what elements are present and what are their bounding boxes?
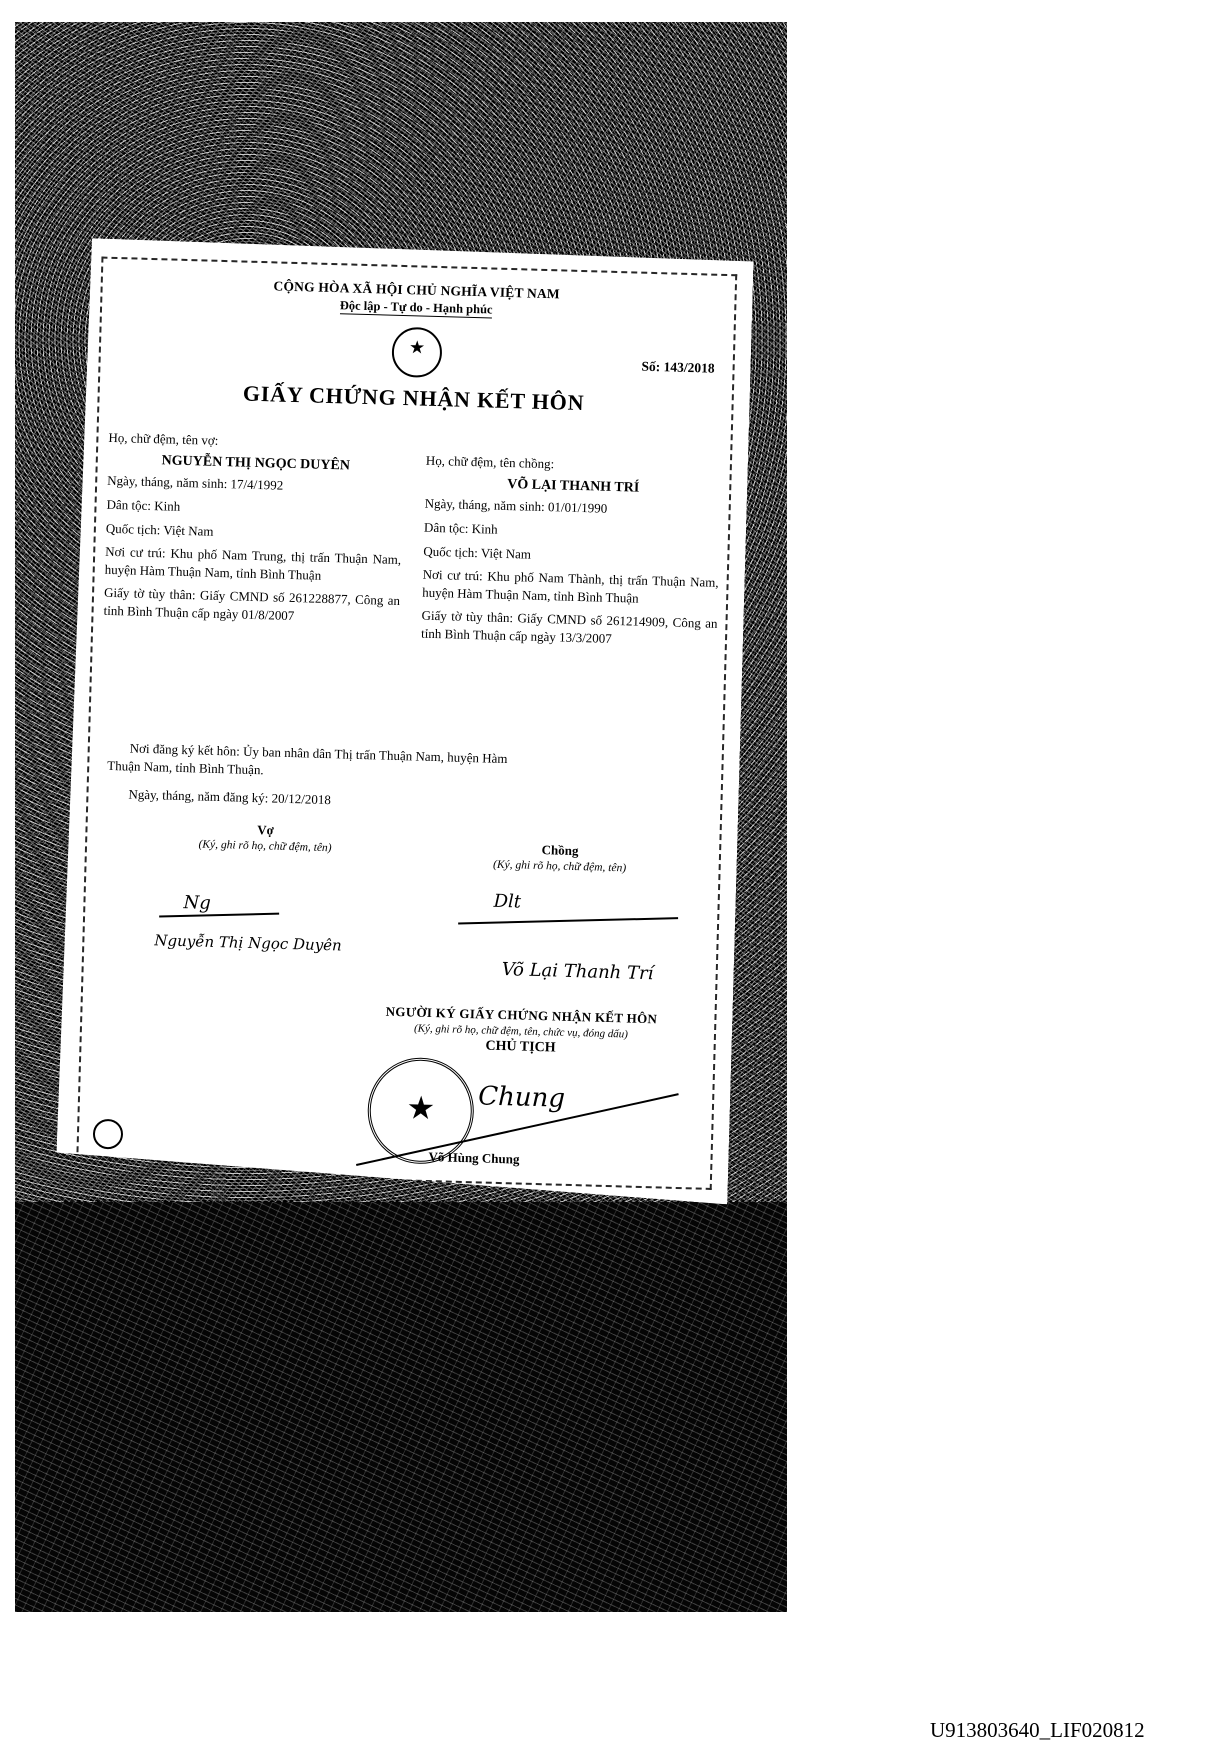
wife-id-document: Giấy tờ tùy thân: Giấy CMND số 261228877… [103,584,400,627]
husband-signature: Dlt [493,890,521,915]
wife-section: Họ, chữ đệm, tên vợ: NGUYỄN THỊ NGỌC DUY… [103,429,404,633]
officer-signature: Chung [478,1079,566,1117]
registration-place: Nơi đăng ký kết hôn: Ủy ban nhân dân Thị… [129,740,704,791]
small-stamp-icon [93,1119,124,1150]
wife-ethnicity: Dân tộc: Kinh [106,496,402,522]
wife-handwritten-name: Nguyễn Thị Ngọc Duyên [154,930,342,955]
husband-signature-block: Chồng (Ký, ghi rõ họ, chữ đệm, tên) [424,838,695,879]
wife-residence: Nơi cư trú: Khu phố Nam Trung, thị trấn … [105,543,402,586]
husband-section: Họ, chữ đệm, tên chồng: VÕ LẠI THANH TRÍ… [421,452,722,656]
husband-signature-stroke [458,917,678,924]
officer-name: Võ Hùng Chung [428,1148,520,1168]
wife-signature-stroke [159,913,279,918]
wife-signature-block: Vợ (Ký, ghi rõ họ, chữ đệm, tên) [145,818,386,858]
wife-nationality: Quốc tịch: Việt Nam [106,519,402,545]
husband-id-document: Giấy tờ tùy thân: Giấy CMND số 261214909… [421,607,718,650]
wife-signature: Ng [183,891,211,916]
marriage-certificate: CỘNG HÒA XÃ HỘI CHỦ NGHĨA VIỆT NAM Độc l… [56,238,754,1204]
husband-nationality: Quốc tịch: Việt Nam [423,542,719,568]
husband-handwritten-name: Võ Lại Thanh Trí [501,958,653,987]
document-id: U913803640_LIF020812 [930,1718,1145,1743]
certificate-number: Số: 143/2018 [641,358,715,378]
photo-dark-region [15,1202,787,1612]
officer-block: NGƯỜI KÝ GIẤY CHỨNG NHẬN KẾT HÔN (Ký, gh… [349,1002,692,1063]
husband-residence: Nơi cư trú: Khu phố Nam Thành, thị trấn … [422,566,719,609]
husband-ethnicity: Dân tộc: Kinh [424,519,720,545]
registration-date: Ngày, tháng, năm đăng ký: 20/12/2018 [128,786,331,809]
document-title: GIẤY CHỨNG NHẬN KẾT HÔN [77,374,750,422]
national-emblem-icon [391,327,442,378]
